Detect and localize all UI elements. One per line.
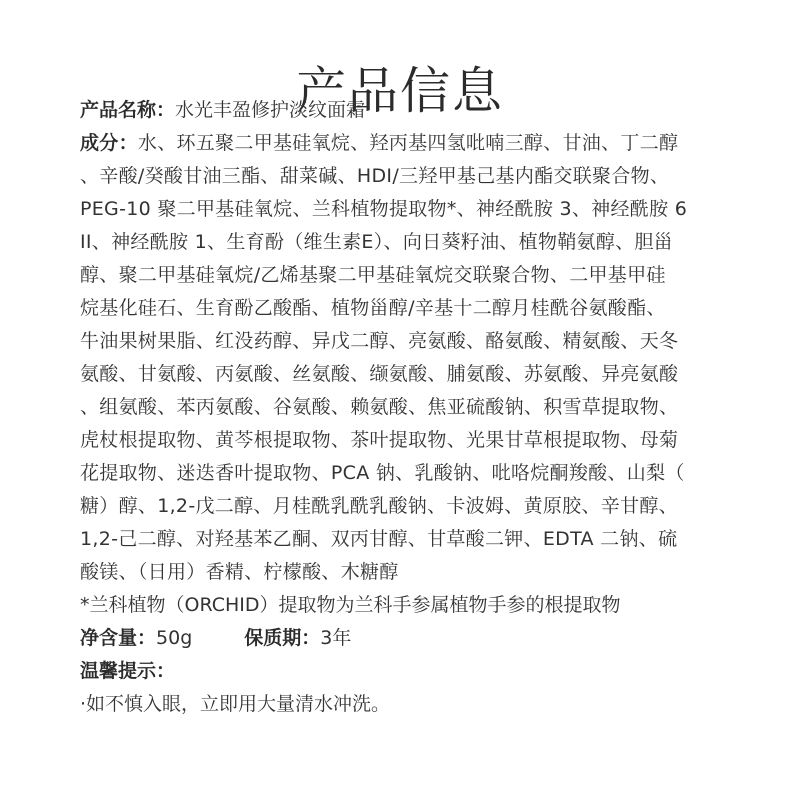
net-content-value: 50g: [156, 627, 192, 649]
ingredients-line: 1,2-己二醇、对羟基苯乙酮、双丙甘醇、甘草酸二钾、EDTA 二钠、硫: [80, 523, 730, 556]
product-info-section: 产品名称：水光丰盈修护淡纹面霜 成分：水、环五聚二甲基硅氧烷、羟丙基四氢吡喃三醇…: [80, 94, 730, 721]
product-name-label: 产品名称：: [80, 99, 175, 121]
ingredients-text: 水、环五聚二甲基硅氧烷、羟丙基四氢吡喃三醇、甘油、丁二醇: [138, 132, 678, 154]
product-name-value: 水光丰盈修护淡纹面霜: [175, 99, 365, 121]
ingredients-line: 酸镁、（日用）香精、柠檬酸、木糖醇: [80, 556, 730, 589]
ingredients-line: 糖）醇、1,2-戊二醇、月桂酰乳酰乳酸钠、卡波姆、黄原胶、辛甘醇、: [80, 490, 730, 523]
tip-item: ·如不慎入眼，立即用大量清水冲洗。: [80, 688, 730, 721]
ingredients-line: 醇、聚二甲基硅氧烷/乙烯基聚二甲基硅氧烷交联聚合物、二甲基甲硅: [80, 259, 730, 292]
ingredients-line: 、辛酸/癸酸甘油三酯、甜菜碱、HDI/三羟甲基己基内酯交联聚合物、: [80, 160, 730, 193]
ingredients-line: 氨酸、甘氨酸、丙氨酸、丝氨酸、缬氨酸、脯氨酸、苏氨酸、异亮氨酸: [80, 358, 730, 391]
ingredients-line: PEG-10 聚二甲基硅氧烷、兰科植物提取物*、神经酰胺 3、神经酰胺 6: [80, 193, 730, 226]
ingredients-line: 牛油果树果脂、红没药醇、异戊二醇、亮氨酸、酪氨酸、精氨酸、天冬: [80, 325, 730, 358]
ingredients-line: 烷基化硅石、生育酚乙酸酯、植物甾醇/辛基十二醇月桂酰谷氨酸酯、: [80, 292, 730, 325]
tips-heading: 温馨提示：: [80, 655, 730, 688]
ingredients-label: 成分：: [80, 132, 138, 154]
ingredients-line: 成分：水、环五聚二甲基硅氧烷、羟丙基四氢吡喃三醇、甘油、丁二醇: [80, 127, 730, 160]
ingredients-line: 、组氨酸、苯丙氨酸、谷氨酸、赖氨酸、焦亚硫酸钠、积雪草提取物、: [80, 391, 730, 424]
ingredients-block: 成分：水、环五聚二甲基硅氧烷、羟丙基四氢吡喃三醇、甘油、丁二醇 、辛酸/癸酸甘油…: [80, 127, 730, 589]
ingredients-line: 花提取物、迷迭香叶提取物、PCA 钠、乳酸钠、吡咯烷酮羧酸、山梨（: [80, 457, 730, 490]
orchid-footnote: *兰科植物（ORCHID）提取物为兰科手参属植物手参的根提取物: [80, 589, 730, 622]
ingredients-line: II、神经酰胺 1、生育酚（维生素E）、向日葵籽油、植物鞘氨醇、胆甾: [80, 226, 730, 259]
shelf-life-value: 3年: [320, 627, 351, 649]
product-name-row: 产品名称：水光丰盈修护淡纹面霜: [80, 94, 730, 127]
tips-label: 温馨提示：: [80, 660, 175, 682]
net-content-label: 净含量：: [80, 627, 156, 649]
shelf-life-label: 保质期：: [244, 627, 320, 649]
ingredients-line: 虎杖根提取物、黄芩根提取物、茶叶提取物、光果甘草根提取物、母菊: [80, 424, 730, 457]
net-content-shelf-life-row: 净含量：50g保质期：3年: [80, 622, 730, 655]
